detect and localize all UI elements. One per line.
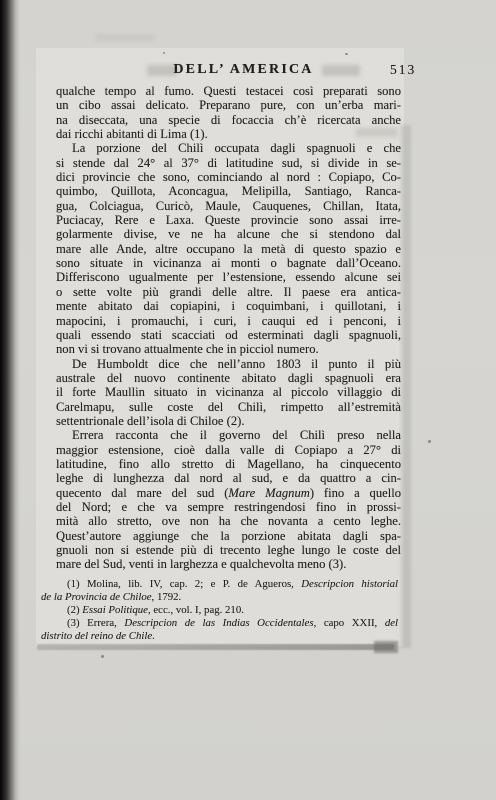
text-line: Errera racconta che il governo del Chilì… [56, 428, 401, 442]
scanned-book-page: DELL’ AMERICA 513 qualche tempo al fumo.… [0, 0, 496, 800]
text-line: mare del Sud, venti in larghezza e qualc… [56, 557, 401, 571]
text-line: mità allo stretto, ove non ha che novant… [56, 514, 401, 528]
text-line: leghe di lunghezza dal nord al sud, e da… [56, 471, 401, 485]
text-line: De Humboldt dice che nell’anno 1803 il p… [56, 357, 401, 371]
italic-text: distrito del reino de Chile [41, 630, 152, 642]
ink-speck [163, 52, 165, 54]
footnote-line: (3) Errera, Descripcion de las Indias Oc… [41, 617, 398, 630]
bleedthrough-bottom-edge [37, 644, 394, 650]
italic-text: de la Provincia de Chiloe [41, 591, 152, 603]
text-line: qualche tempo al fumo. Questi testacei c… [56, 84, 401, 98]
text-line: Puciacay, Rere e Laxa. Queste provincie … [56, 213, 401, 227]
text-line: gua, Colciagua, Curicò, Maule, Cauquenes… [56, 199, 401, 213]
text-line: Carelmapu, sulle coste del Chilì, rimpet… [56, 400, 401, 414]
ink-speck [345, 53, 348, 55]
text-line: mente abitato dai copiapini, i coquimban… [56, 299, 401, 313]
footnote-line: de la Provincia de Chiloe, 1792. [41, 591, 398, 604]
text-line: mare alle Ande, altre occupano la metà d… [56, 242, 401, 256]
text-line: quecento dal mare del sud (Mare Magnum) … [56, 486, 401, 500]
ink-ghost-smudge [95, 34, 155, 41]
text-line: o sette volte più grandi delle altre. Il… [56, 285, 401, 299]
text-line: australe del nuovo continente abitato da… [56, 371, 401, 385]
bleedthrough-right-edge [401, 125, 411, 648]
footnote-line: (1) Molina, lib. IV, cap. 2; e P. de Agu… [41, 578, 398, 591]
footnote-line: (2) Essai Politique, ecc., vol. I, pag. … [41, 604, 398, 617]
text-line: golarmente divise, ve ne ha alcune che s… [56, 227, 401, 241]
running-title: DELL’ AMERICA [56, 62, 431, 78]
italic-text: Mare Magnum [228, 486, 309, 500]
ink-speck [428, 440, 431, 443]
text-line: dai ricchi abitanti di Lima (1). [56, 127, 401, 141]
italic-text: Descripcion de las Indias Occidentales [124, 617, 313, 629]
italic-text: del [385, 617, 398, 629]
text-line: quali essendo stati scacciati od estermi… [56, 328, 401, 342]
text-line: si stende dal 24° al 37° di latitudine s… [56, 156, 401, 170]
text-line: mapocini, i promauchi, i curi, i cauqui … [56, 314, 401, 328]
text-line: settentrionale dell’isola di Chiloe (2). [56, 414, 401, 428]
text-line: quimbo, Quillota, Aconcagua, Melipilla, … [56, 184, 401, 198]
text-line: maggior estensione, cioè dalla valle di … [56, 443, 401, 457]
text-line: gnuoli non si estende più di trecento le… [56, 543, 401, 557]
text-line: del Nord; e che va sempre restringendosi… [56, 500, 401, 514]
text-line: dici provincie che sono, cominciando al … [56, 170, 401, 184]
text-line: un cibo assai delicato. Preparano pure, … [56, 98, 401, 112]
ink-speck [101, 655, 104, 658]
body-text: qualche tempo al fumo. Questi testacei c… [56, 84, 401, 572]
text-line: Quest’autore aggiunge che la porzione ab… [56, 529, 401, 543]
text-line: non vi si trovano attualmente che in pic… [56, 342, 401, 356]
text-line: La porzione del Chilì occupata dagli spa… [56, 141, 401, 155]
italic-text: Essai Politique [82, 604, 148, 616]
text-line: sono situate in vicinanza ai monti o bag… [56, 256, 401, 270]
footnote-line: distrito del reino de Chile. [41, 630, 398, 643]
text-line: il forte Maullin situato in vicinanza al… [56, 385, 401, 399]
page-number: 513 [390, 62, 434, 78]
italic-text: Descripcion historial [301, 578, 398, 590]
text-line: na diseccata, una specie di focaccia ch’… [56, 113, 401, 127]
text-line: Differiscono ugualmente per l’estensione… [56, 270, 401, 284]
footnotes: (1) Molina, lib. IV, cap. 2; e P. de Agu… [41, 578, 398, 643]
text-line: latitudine, fino allo stretto di Magella… [56, 457, 401, 471]
book-binding-shadow [0, 0, 20, 800]
